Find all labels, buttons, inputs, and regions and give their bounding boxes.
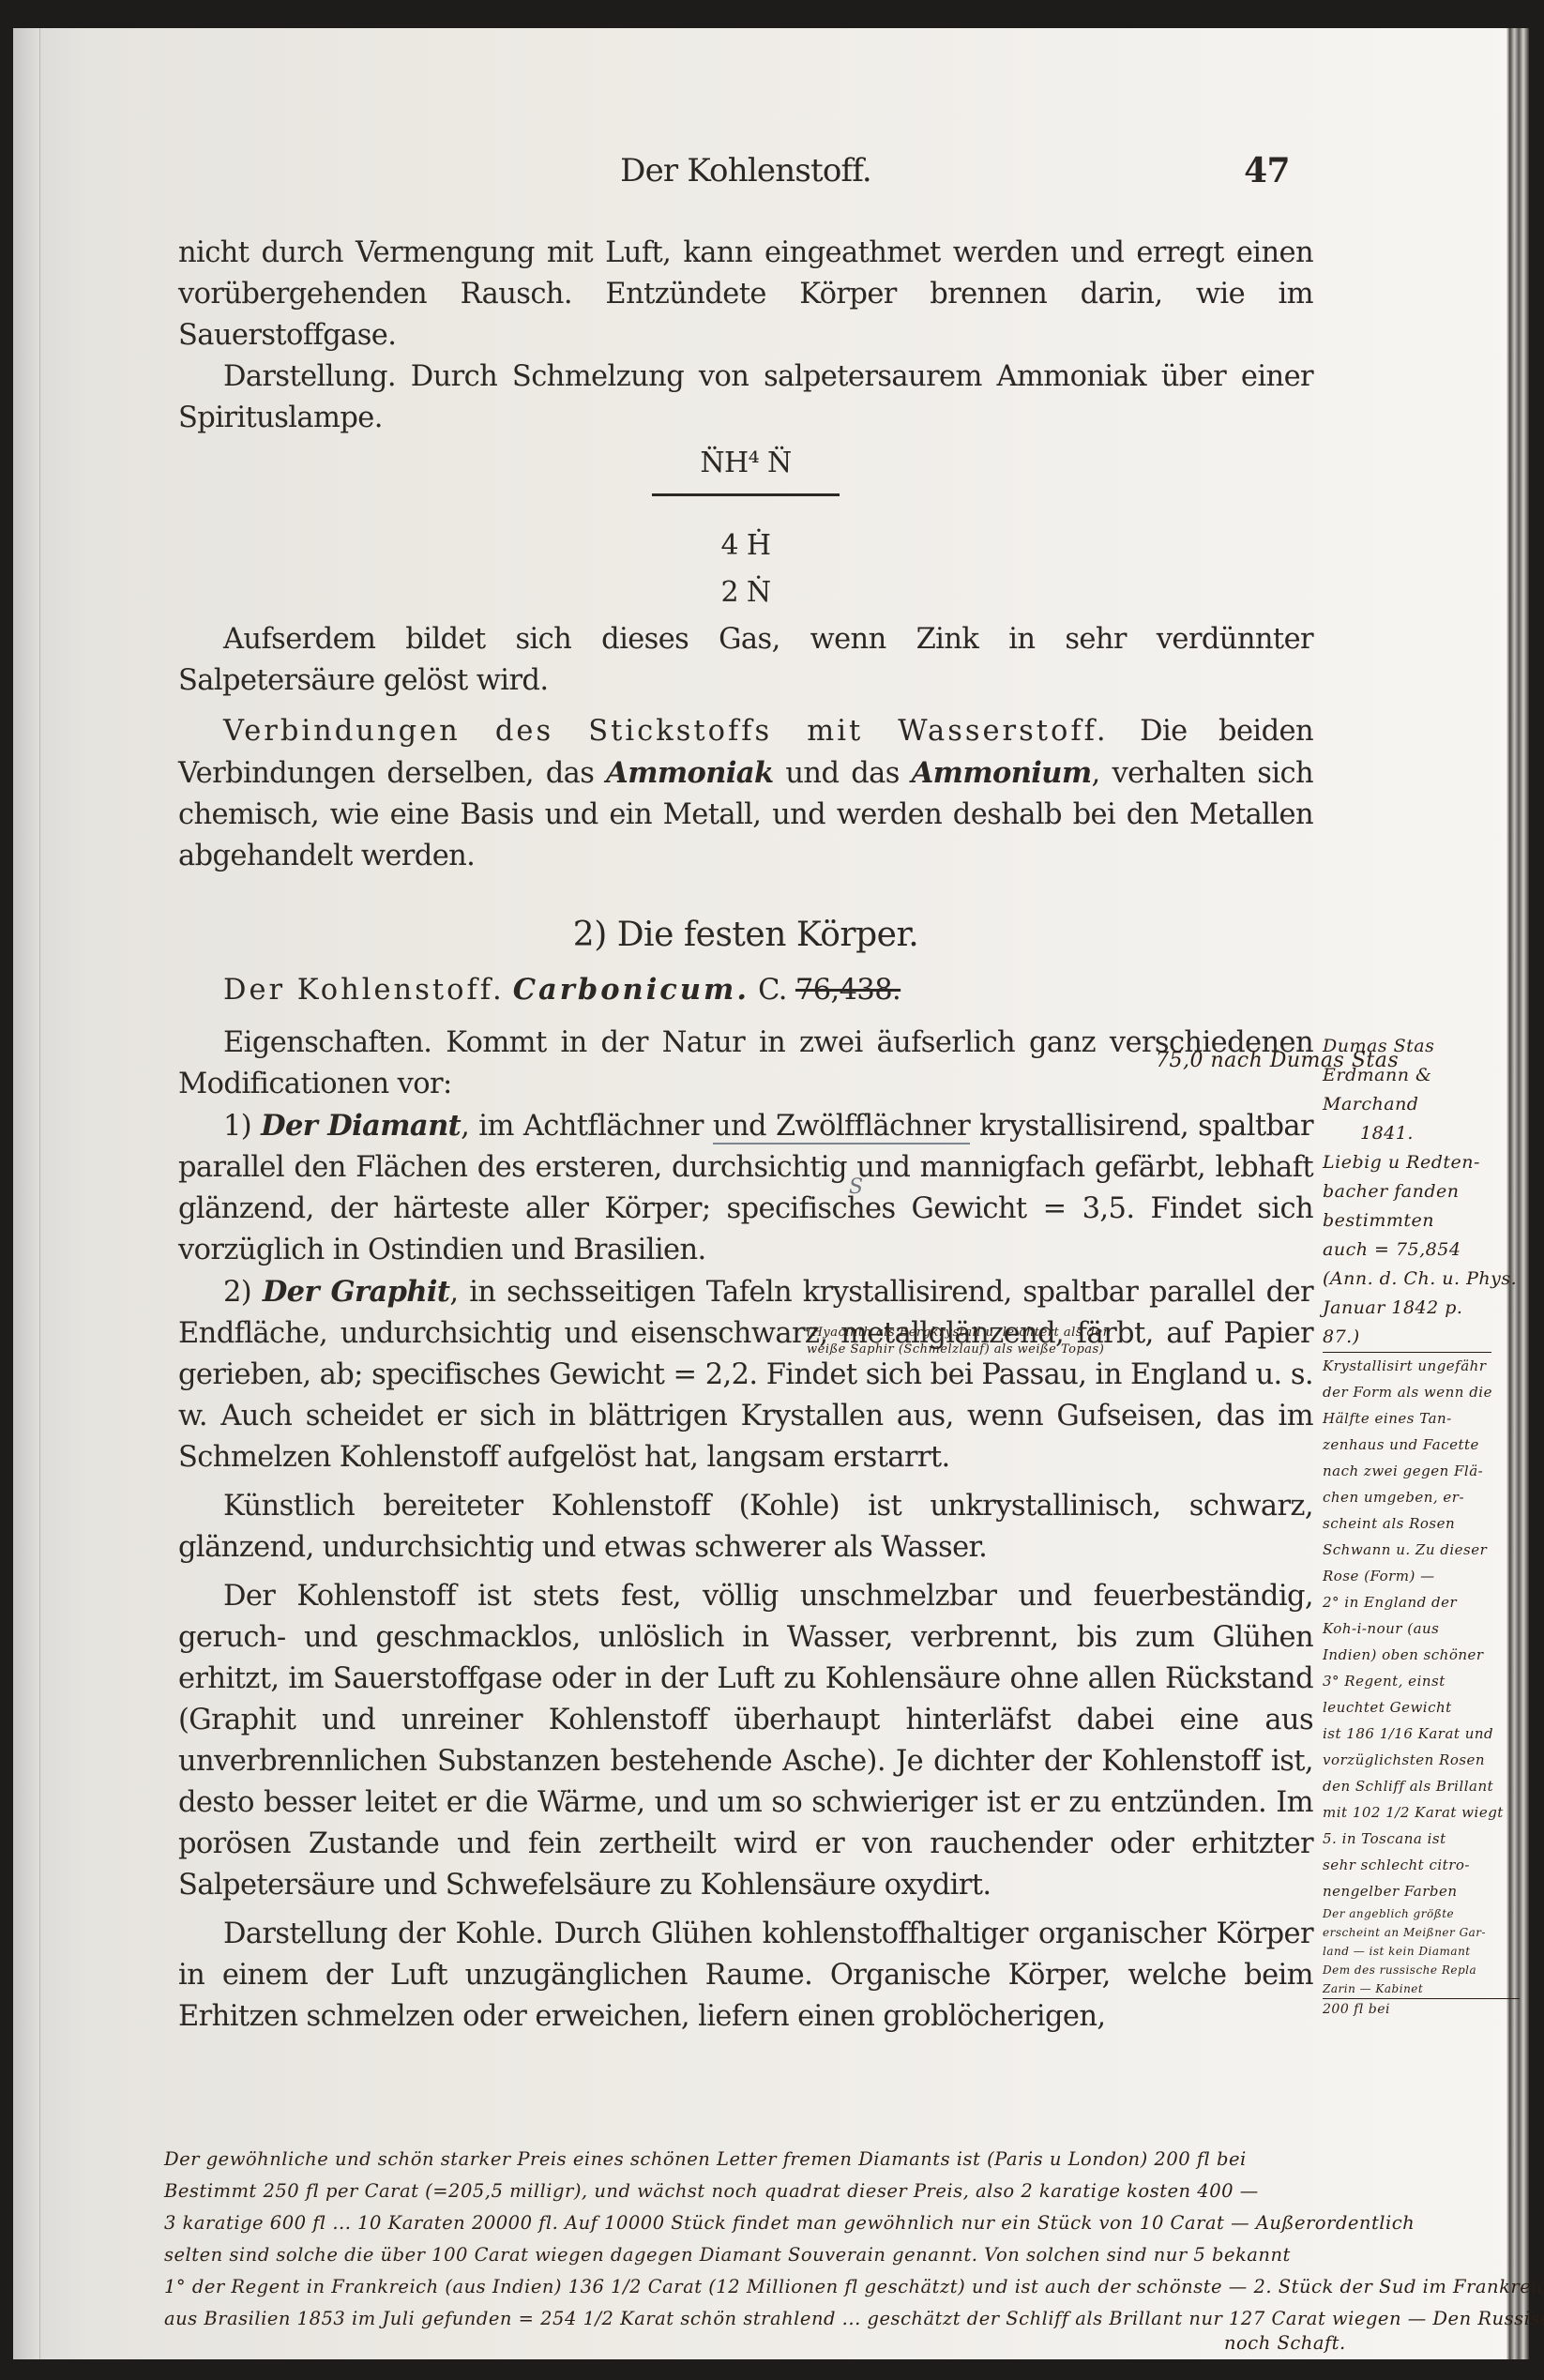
paragraph-darstellung-gas: Darstellung. Durch Schmelzung von salpet… — [178, 356, 1313, 439]
element-symbol: C. — [758, 974, 787, 1007]
page-number: 47 — [1244, 150, 1290, 191]
formula-reactant: N̈H⁴ N̈ — [178, 443, 1313, 484]
paragraph-kuenstlich: Künstlich bereiteter Kohlenstoff (Kohle)… — [178, 1486, 1313, 1569]
paragraph-kohlenstoff-fest: Der Kohlenstoff ist stets fest, völlig u… — [178, 1576, 1313, 1906]
handwritten-inline-note: (Hyacinth als Bergkrystall u. leichtert … — [807, 1325, 1109, 1358]
atomic-weight-struck: 76,438. — [795, 974, 901, 1007]
paragraph-darstellung-kohle: Darstellung der Kohle. Durch Glühen kohl… — [178, 1914, 1313, 2038]
element-name: Der Kohlenstoff. — [223, 974, 505, 1007]
paragraph-gas-properties: nicht durch Vermengung mit Luft, kann ei… — [178, 233, 1313, 356]
handwritten-bottom-note: Der gewöhnliche und schön starker Preis … — [164, 2144, 1515, 2359]
formula-divider — [652, 493, 840, 496]
chemical-formula: N̈H⁴ N̈ 4 Ḣ 2 Ṅ — [178, 443, 1313, 614]
paragraph-graphit: 2) Der Graphit, in sechsseitigen Tafeln … — [178, 1271, 1313, 1478]
paragraph-zinc: Aufserdem bildet sich dieses Gas, wenn Z… — [178, 619, 1313, 702]
element-line: Der Kohlenstoff. Carbonicum. C. 76,438. — [178, 969, 1313, 1011]
section-heading: 2) Die festen Körper. — [178, 915, 1313, 956]
term-ammoniak: Ammoniak — [606, 756, 773, 790]
running-title: Der Kohlenstoff. — [178, 150, 1313, 191]
paragraph-nitrogen-hydrogen: Verbindungen des Stickstoffs mit Wassers… — [178, 711, 1313, 877]
handwritten-right-margin: Dumas Stas Erdmann & Marchand 1841. Lieb… — [1323, 1032, 1520, 2020]
formula-product-2: 2 Ṅ — [178, 572, 1313, 614]
paragraph-diamant: 1) Der Diamant, im Achtflächner und Zwöl… — [178, 1105, 1313, 1271]
paragraph-eigenschaften: Eigenschaften. Kommt in der Natur in zwe… — [178, 1023, 1313, 1105]
term-ammonium: Ammonium — [912, 756, 1092, 790]
pencil-mark: S — [849, 1175, 864, 1199]
pencil-underline: und Zwölfflächner — [713, 1110, 970, 1145]
term-graphit: Der Graphit — [263, 1275, 450, 1309]
term-diamant: Der Diamant — [261, 1109, 461, 1143]
body-text: nicht durch Vermengung mit Luft, kann ei… — [178, 233, 1313, 2038]
running-header: Der Kohlenstoff. 47 — [178, 150, 1313, 197]
formula-product-1: 4 Ḣ — [178, 525, 1313, 567]
element-latin: Carbonicum. — [513, 973, 749, 1007]
